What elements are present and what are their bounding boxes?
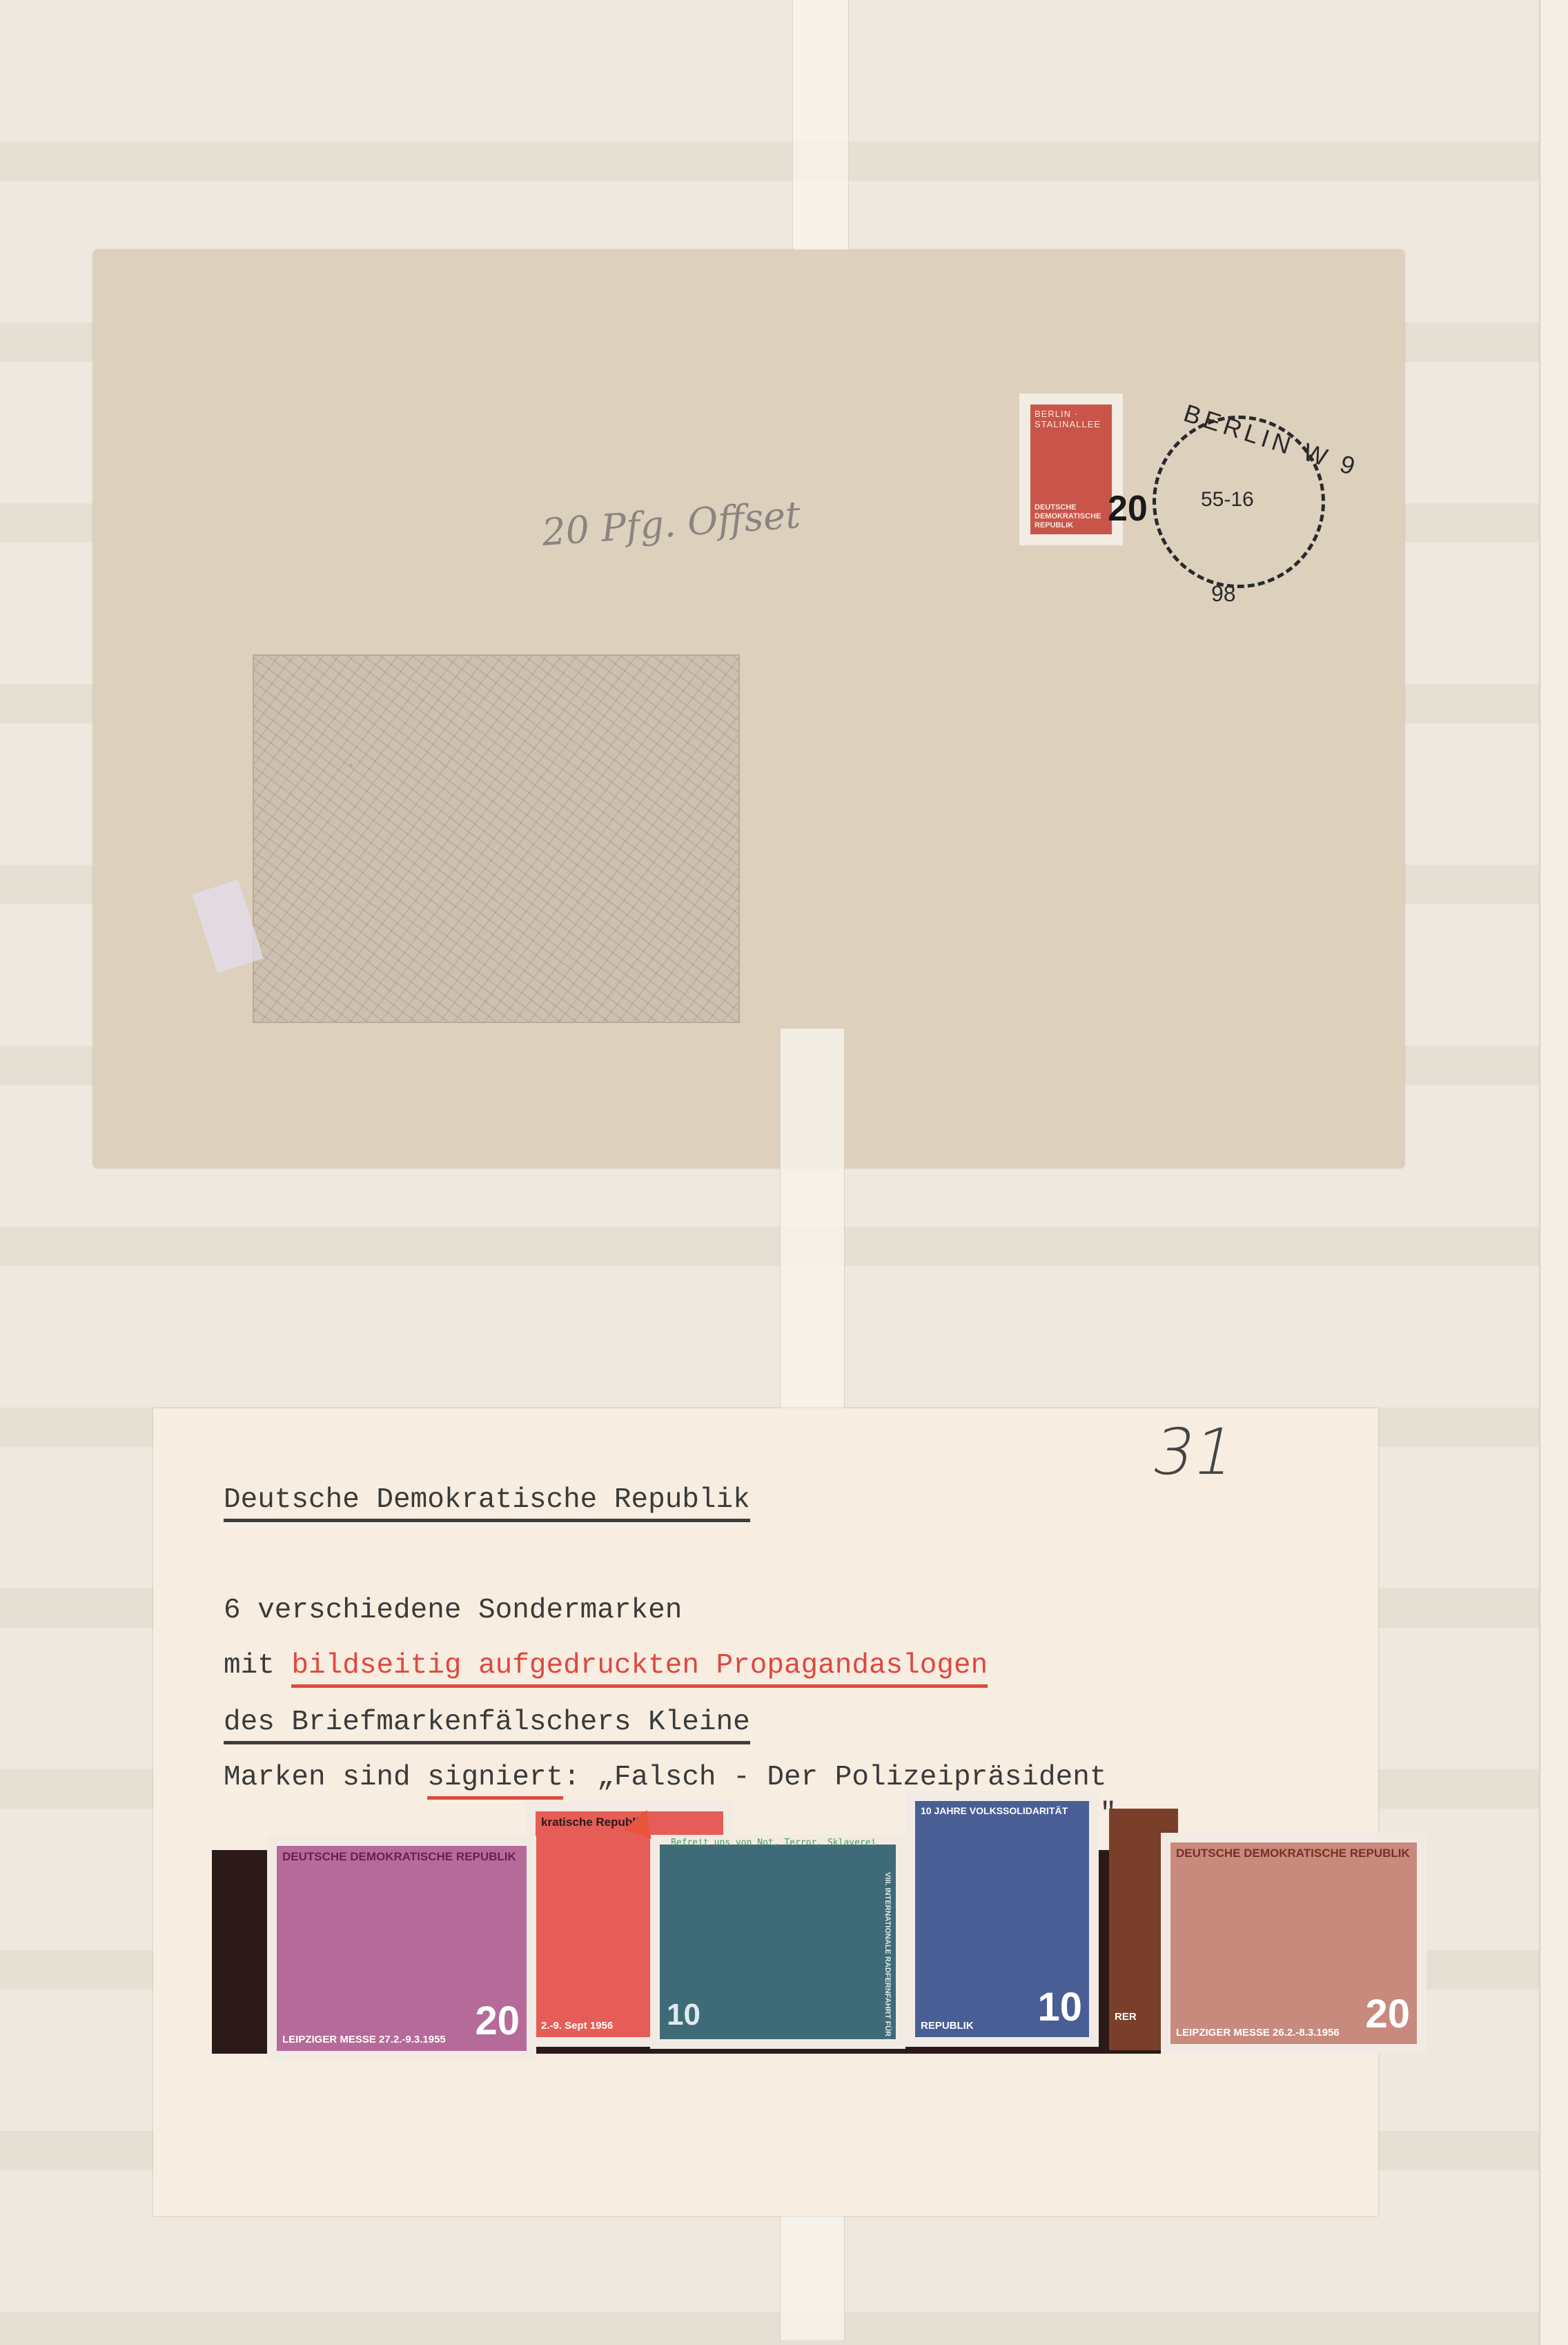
lot-number: 31 <box>1146 1415 1243 1489</box>
stamp-country-line2: DEMOKRATISCHE REPUBLIK <box>1035 512 1112 530</box>
stamp-6: DEUTSCHE DEMOKRATISCHE REPUBLIK 20 LEIPZ… <box>1161 1833 1427 2054</box>
stamp-footer: REPUBLIK <box>921 2020 974 2032</box>
stamp-3: 10 VIII. INTERNATIONALE RADFERNFAHRT FÜR… <box>650 1835 905 2049</box>
card-line-2-highlight: bildseitig aufgedruckten Propagandasloge… <box>291 1650 988 1688</box>
stamp-label: DEUTSCHE DEMOKRATISCHE REPUBLIK <box>1176 1847 1410 1860</box>
postmark-date: 55-16 <box>1201 488 1254 512</box>
stamp-4: 10 JAHRE VOLKSSOLIDARITÄT 10 REPUBLIK <box>905 1791 1099 2047</box>
stamp-value: 10 <box>1037 1984 1082 2030</box>
stamp-footer: VIII. INTERNATIONALE RADFERNFAHRT FÜR DE… <box>883 1872 892 2039</box>
stamp-value: 20 <box>475 1998 520 2044</box>
card-line-4-prefix: Marken sind <box>224 1762 427 1793</box>
postmark-number: 98 <box>1211 581 1236 607</box>
card-line-2-prefix: mit <box>224 1650 291 1682</box>
card-line-3: des Briefmarkenfälschers Kleine <box>224 1706 750 1744</box>
stamp-country: DEUTSCHE DEMOKRATISCHE REPUBLIK <box>1035 503 1112 530</box>
stamp-label: DEUTSCHE DEMOKRATISCHE REPUBLIK <box>282 1850 516 1864</box>
stamp-1: DEUTSCHE DEMOKRATISCHE REPUBLIK 20 LEIPZ… <box>267 1836 536 2061</box>
card-line-4-highlight: signiert <box>427 1762 563 1800</box>
stamp-value: 20 <box>1365 1991 1410 2037</box>
propaganda-slogan: Befreit uns von Not, Terror, Sklaverei <box>671 1838 876 1848</box>
card-line-4-suffix: : „Falsch - Der Polizeipräsident <box>563 1762 1106 1793</box>
page-edge <box>1539 0 1568 2345</box>
envelope-window <box>253 654 740 1023</box>
stamp-footer: 2.-9. Sept 1956 <box>541 2020 613 2032</box>
stamp-footer: LEIPZIGER MESSE 27.2.-9.3.1955 <box>282 2034 446 2045</box>
pencil-annotation: 20 Pfg. Offset <box>540 493 801 554</box>
stamp-value: 10 <box>667 1998 700 2032</box>
stamp-top-text: BERLIN · STALINALLEE <box>1035 409 1112 429</box>
stamp-country-line1: DEUTSCHE <box>1035 503 1112 512</box>
envelope: 20 Pfg. Offset BERLIN · STALINALLEE DEUT… <box>93 250 1404 1168</box>
surcharge-value: 20 <box>1108 488 1148 529</box>
stamp-label: 10 JAHRE VOLKSSOLIDARITÄT <box>921 1805 1068 1816</box>
stamp-footer: LEIPZIGER MESSE 26.2.-8.3.1956 <box>1176 2027 1340 2039</box>
stamp-label: RER <box>1115 2011 1137 2023</box>
card-line-1: 6 verschiedene Sondermarken <box>224 1595 682 1626</box>
card-heading: Deutsche Demokratische Republik <box>224 1484 750 1522</box>
description-card: 31 Deutsche Demokratische Republik 6 ver… <box>153 1408 1378 2216</box>
